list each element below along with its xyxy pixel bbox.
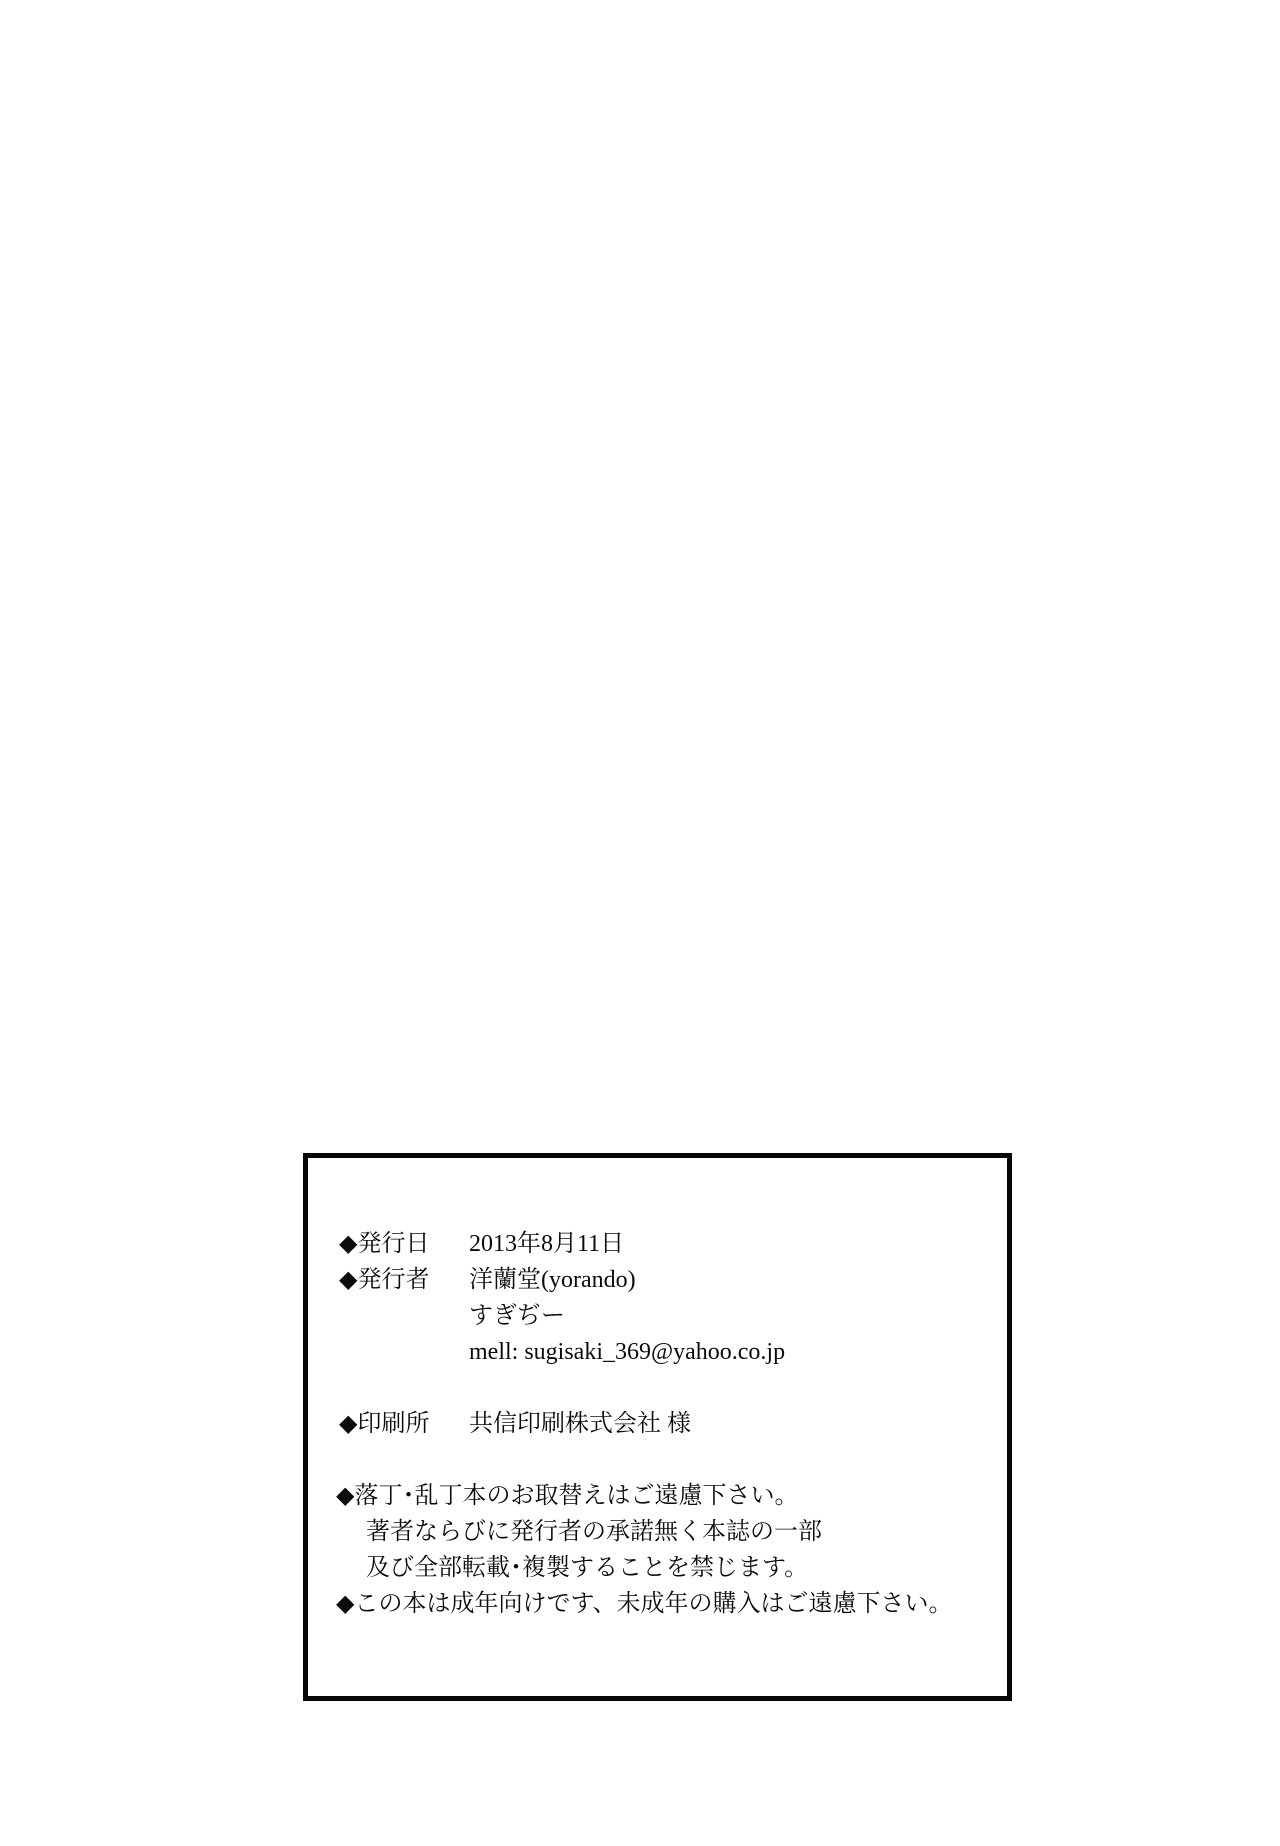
colophon-row-author: すぎぢー — [308, 1298, 1007, 1334]
email-text: mell: sugisaki_369@yahoo.co.jp — [469, 1334, 1007, 1370]
publish-date-label: ◆発行日 — [339, 1226, 469, 1262]
author-label — [339, 1298, 469, 1334]
printer-value: 共信印刷株式会社 様 — [469, 1406, 1007, 1442]
notice-line-adult: ◆この本は成年向けです、未成年の購入はご遠慮下さい。 — [308, 1586, 1007, 1622]
colophon-row-publisher: ◆発行者 洋蘭堂(yorando) — [308, 1262, 1007, 1298]
spacer — [308, 1370, 1007, 1406]
notice-line-reprint-1: 著者ならびに発行者の承諾無く本誌の一部 — [308, 1514, 1007, 1550]
email-label — [339, 1334, 469, 1370]
notice-line-defects: ◆落丁･乱丁本のお取替えはご遠慮下さい。 — [308, 1478, 1007, 1514]
publisher-label: ◆発行者 — [339, 1262, 469, 1298]
notice-line-reprint-2: 及び全部転載･複製することを禁じます。 — [308, 1550, 1007, 1586]
printer-label: ◆印刷所 — [339, 1406, 469, 1442]
publisher-value: 洋蘭堂(yorando) — [469, 1262, 1007, 1298]
colophon-row-printer: ◆印刷所 共信印刷株式会社 様 — [308, 1406, 1007, 1442]
colophon-row-publish-date: ◆発行日 2013年8月11日 — [308, 1226, 1007, 1262]
colophon-box: ◆発行日 2013年8月11日 ◆発行者 洋蘭堂(yorando) すぎぢー m… — [303, 1153, 1012, 1701]
colophon-row-email: mell: sugisaki_369@yahoo.co.jp — [308, 1334, 1007, 1370]
author-value: すぎぢー — [469, 1298, 1007, 1334]
publish-date-value: 2013年8月11日 — [469, 1226, 1007, 1262]
page: ◆発行日 2013年8月11日 ◆発行者 洋蘭堂(yorando) すぎぢー m… — [0, 0, 1280, 1846]
spacer — [308, 1442, 1007, 1478]
